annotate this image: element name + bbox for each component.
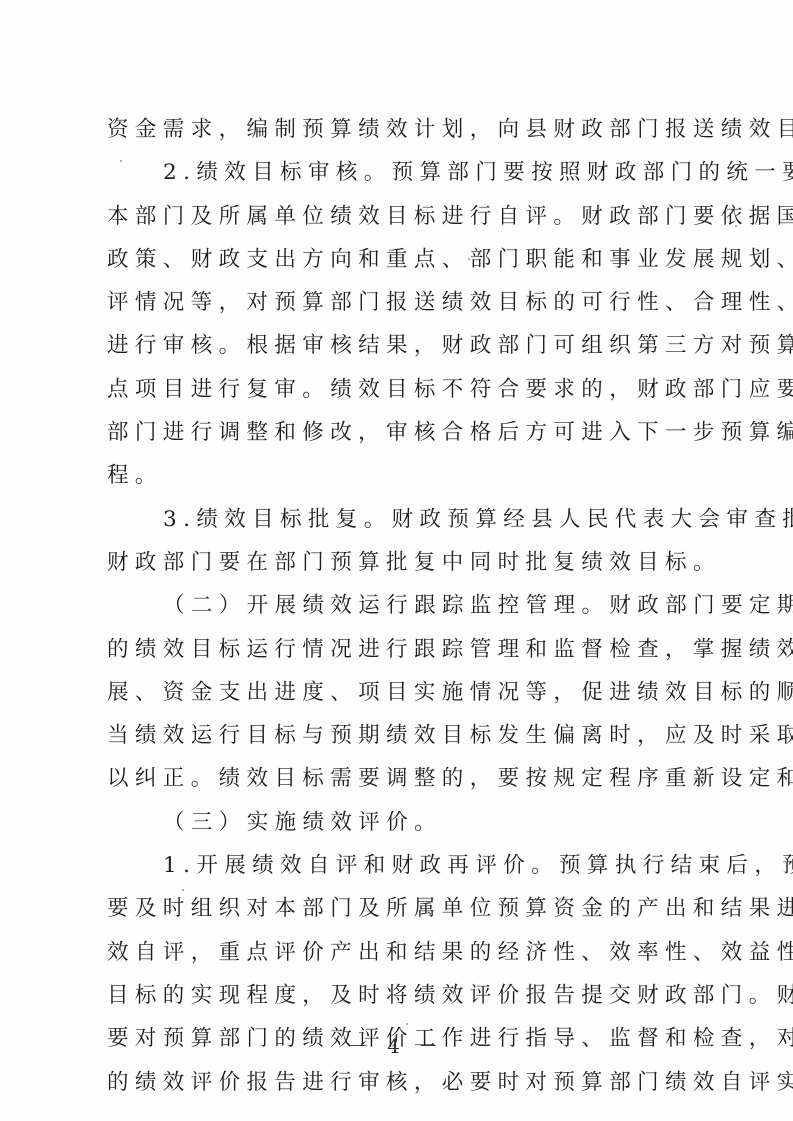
text-line: 以纠正。绩效目标需要调整的，要按规定程序重新设定和报批。: [107, 757, 699, 800]
section-heading-line: （二）开展绩效运行跟踪监控管理。财政部门要定期对部门: [107, 584, 699, 627]
text-line: 2.绩效目标审核。预算部门要按照财政部门的统一要求，对: [107, 151, 699, 194]
text-line: 展、资金支出进度、项目实施情况等，促进绩效目标的顺利实现。: [107, 671, 699, 714]
text-line: 目标的实现程度，及时将绩效评价报告提交财政部门。财政部门: [107, 974, 699, 1017]
text-line: 财政部门要在部门预算批复中同时批复绩效目标。: [107, 541, 699, 584]
text-line: 当绩效运行目标与预期绩效目标发生偏离时，应及时采取措施予: [107, 714, 699, 757]
body-text: 资金需求，编制预算绩效计划，向县财政部门报送绩效目标。 2.绩效目标审核。预算部…: [107, 108, 699, 1104]
text-line: 部门进行调整和修改，审核合格后方可进入下一步预算编制流: [107, 411, 699, 454]
scan-speck: [182, 889, 184, 891]
text-line: 要及时组织对本部门及所属单位预算资金的产出和结果进行绩: [107, 887, 699, 930]
text-line: 资金需求，编制预算绩效计划，向县财政部门报送绩效目标。: [107, 108, 699, 151]
text-line: 的绩效目标运行情况进行跟踪管理和监督检查，掌握绩效目标进: [107, 628, 699, 671]
section-heading-line: （三）实施绩效评价。: [107, 801, 699, 844]
text-line: 3.绩效目标批复。财政预算经县人民代表大会审查批准后，: [107, 498, 699, 541]
document-page: 资金需求，编制预算绩效计划，向县财政部门报送绩效目标。 2.绩效目标审核。预算部…: [0, 0, 793, 1121]
scan-speck: [120, 160, 122, 162]
text-line: 程。: [107, 454, 699, 497]
scan-speck: [406, 1023, 408, 1025]
text-line: 1.开展绩效自评和财政再评价。预算执行结束后，预算部门: [107, 844, 699, 887]
page-number: － 4 －: [0, 1030, 793, 1059]
text-line: 评情况等，对预算部门报送绩效目标的可行性、合理性、科学性: [107, 281, 699, 324]
scan-speck: [684, 1003, 686, 1005]
scan-speck: [735, 225, 737, 227]
text-line: 的绩效评价报告进行审核，必要时对预算部门绩效自评实施再评: [107, 1061, 699, 1104]
text-line: 本部门及所属单位绩效目标进行自评。财政部门要依据国家相关: [107, 195, 699, 238]
text-line: 进行审核。根据审核结果，财政部门可组织第三方对预算部门重: [107, 324, 699, 367]
text-line: 点项目进行复审。绩效目标不符合要求的，财政部门应要求报送: [107, 368, 699, 411]
text-line: 效自评，重点评价产出和结果的经济性、效率性、效益性及绩效: [107, 931, 699, 974]
scan-speck: [468, 258, 470, 260]
text-line: 政策、财政支出方向和重点、部门职能和事业发展规划、部门自: [107, 238, 699, 281]
